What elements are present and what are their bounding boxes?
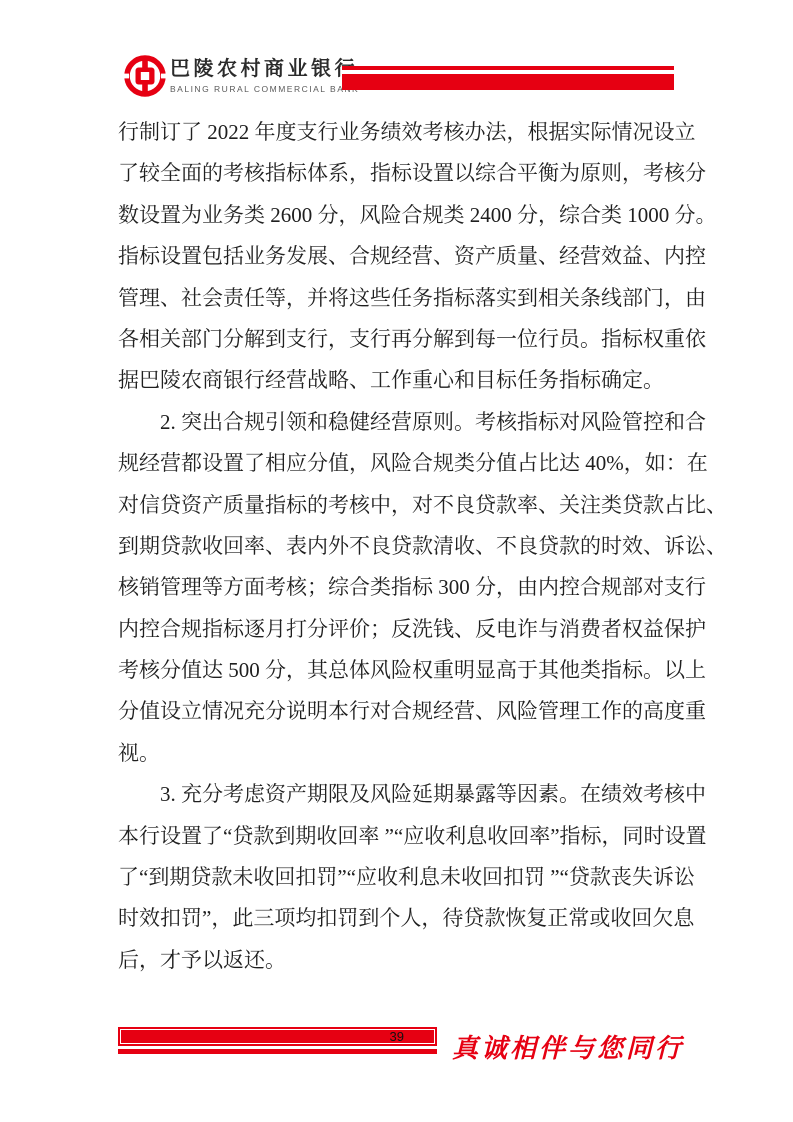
text-line: 到期贷款收回率、表内外不良贷款清收、不良贷款的时效、诉讼、 [118, 526, 675, 567]
slogan-right: 与您同行 [568, 1028, 684, 1065]
text-line: 核销管理等方面考核；综合类指标 300 分，由内控合规部对支行 [118, 567, 675, 608]
text-line: 数设置为业务类 2600 分，风险合规类 2400 分，综合类 1000 分。 [118, 195, 675, 236]
text-line: 本行设置了“贷款到期收回率 ”“应收利息收回率”指标，同时设置 [118, 816, 675, 857]
header-red-rule [342, 66, 674, 90]
document-body: 行制订了 2022 年度支行业务绩效考核办法，根据实际情况设立 了较全面的考核指… [118, 112, 675, 981]
text-line: 内控合规指标逐月打分评价；反洗钱、反电诈与消费者权益保护 [118, 609, 675, 650]
footer-red-bar: 39 [118, 1027, 437, 1046]
text-line: 管理、社会责任等，并将这些任务指标落实到相关条线部门，由 [118, 278, 675, 319]
text-line: 指标设置包括业务发展、合规经营、资产质量、经营效益、内控 [118, 236, 675, 277]
page-header: 巴陵农村商业银行 BALING RURAL COMMERCIAL BANK [0, 0, 793, 100]
text-line: 据巴陵农商银行经营战略、工作重心和目标任务指标确定。 [118, 360, 675, 401]
footer-slogan: 真诚相伴 与您同行 [452, 1028, 684, 1065]
footer-thin-rule [118, 1049, 437, 1054]
bank-name-cn: 巴陵农村商业银行 [170, 57, 340, 81]
text-line: 对信贷资产质量指标的考核中，对不良贷款率、关注类贷款占比、 [118, 485, 675, 526]
text-line: 各相关部门分解到支行，支行再分解到每一位行员。指标权重依 [118, 319, 675, 360]
text-line: 规经营都设置了相应分值，风险合规类分值占比达 40%，如：在 [118, 443, 675, 484]
text-line: 2. 突出合规引领和稳健经营原则。考核指标对风险管控和合 [118, 402, 675, 443]
text-line: 了较全面的考核指标体系，指标设置以综合平衡为原则，考核分 [118, 153, 675, 194]
bank-name-en: BALING RURAL COMMERCIAL BANK [170, 84, 340, 94]
bank-coin-logo-icon [124, 55, 166, 97]
text-line: 分值设立情况充分说明本行对合规经营、风险管理工作的高度重 [118, 691, 675, 732]
document-page: 巴陵农村商业银行 BALING RURAL COMMERCIAL BANK 行制… [0, 0, 793, 1122]
slogan-left: 真诚相伴 [452, 1028, 568, 1065]
page-number: 39 [390, 1027, 404, 1046]
text-line: 了“到期贷款未收回扣罚”“应收利息未收回扣罚 ”“贷款丧失诉讼 [118, 857, 675, 898]
text-line: 考核分值达 500 分，其总体风险权重明显高于其他类指标。以上 [118, 650, 675, 691]
text-line: 行制订了 2022 年度支行业务绩效考核办法，根据实际情况设立 [118, 112, 675, 153]
text-line: 视。 [118, 733, 675, 774]
text-line: 后，才予以返还。 [118, 940, 675, 981]
text-line: 3. 充分考虑资产期限及风险延期暴露等因素。在绩效考核中 [118, 774, 675, 815]
text-line: 时效扣罚”，此三项均扣罚到个人，待贷款恢复正常或收回欠息 [118, 898, 675, 939]
bank-names: 巴陵农村商业银行 BALING RURAL COMMERCIAL BANK [170, 57, 340, 94]
